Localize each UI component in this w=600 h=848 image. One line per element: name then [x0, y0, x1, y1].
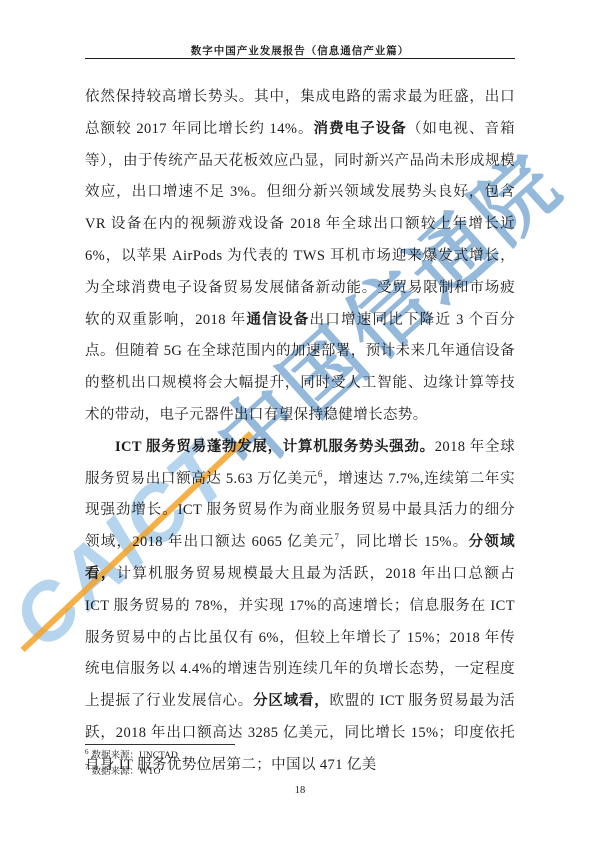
footnote-7: 7数据来源：WTO	[85, 765, 178, 781]
footnote-7-text: 数据来源：WTO	[92, 767, 161, 777]
bold-phrase-ict-services-lead: ICT 服务贸易蓬勃发展，计算机服务势头强劲。	[115, 439, 435, 455]
paragraph-exports-electronics: 依然保持较高增长势头。其中，集成电路的需求最为旺盛，出口总额较 2017 年同比…	[85, 82, 515, 432]
footnote-6-marker: 6	[85, 748, 89, 756]
text-segment: ，同比增长 15%。	[339, 534, 468, 550]
page-number: 18	[0, 785, 600, 796]
text-segment: 计算机服务贸易规模最大且最为活跃，2018 年出口总额占 ICT 服务贸易的 7…	[85, 566, 515, 709]
footnote-7-marker: 7	[85, 763, 89, 771]
document-page: CAICT 中国信通院 数字中国产业发展报告（信息通信产业篇） 依然保持较高增长…	[0, 0, 600, 848]
document-body: 依然保持较高增长势头。其中，集成电路的需求最为旺盛，出口总额较 2017 年同比…	[85, 82, 515, 782]
page-header-title: 数字中国产业发展报告（信息通信产业篇）	[0, 43, 600, 58]
bold-phrase-by-region: 分区域看，	[253, 693, 329, 709]
footnotes-block: 6数据来源：UNCTAD 7数据来源：WTO	[85, 749, 178, 780]
header-rule	[85, 58, 515, 59]
bold-phrase-comm-equipment: 通信设备	[246, 312, 309, 328]
paragraph-ict-services: ICT 服务贸易蓬勃发展，计算机服务势头强劲。2018 年全球服务贸易出口额高达…	[85, 432, 515, 782]
footnote-6: 6数据来源：UNCTAD	[85, 749, 178, 765]
text-segment: 出口增速同比下降近 3 个百分点。但随着 5G 在全球范围内的加速部署，预计未来…	[85, 312, 515, 423]
footnote-rule	[85, 744, 235, 745]
bold-phrase-consumer-electronics: 消费电子设备	[314, 121, 407, 137]
text-segment: （如电视、音箱等），由于传统产品天花板效应凸显，同时新兴产品尚未形成规模效应，出…	[85, 121, 515, 328]
footnote-6-text: 数据来源：UNCTAD	[92, 751, 178, 761]
